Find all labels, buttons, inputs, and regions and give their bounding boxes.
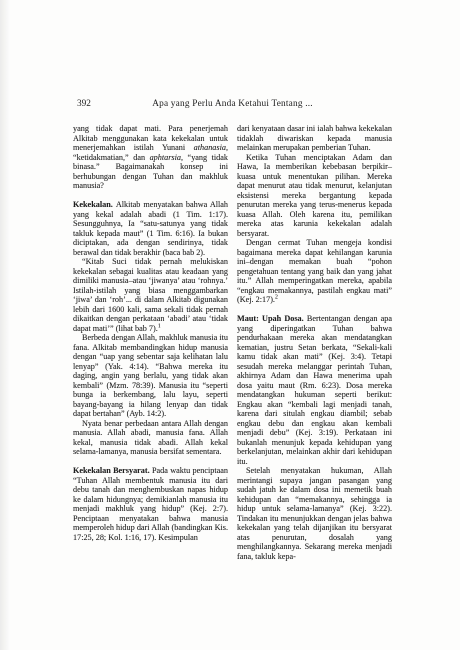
section-heading: Maut: Upah Dosa. (237, 314, 307, 323)
paragraph: Berbeda dengan Allah, makhluk manusia it… (73, 333, 228, 419)
paragraph: “Kitab Suci tidak pernah melukiskan keke… (73, 257, 228, 333)
text-segment: Bertentangan dengan apa yang diperingatk… (237, 314, 392, 466)
italic-term: aphtarsia (150, 153, 181, 162)
paragraph: Nyata benar perbedaan antara Allah denga… (73, 419, 228, 457)
text-segment: Berbeda dengan Allah, makhluk manusia it… (73, 333, 228, 418)
footnote-marker: 1 (158, 323, 161, 329)
paragraph: Maut: Upah Dosa. Bertentangan dengan apa… (237, 314, 392, 466)
text-segment: Pada waktu penciptaan “Tuhan Allah membe… (73, 466, 228, 542)
paragraph: Kekekalan. Alkitab menyatakan bahwa Alla… (73, 200, 228, 257)
paragraph: Dengan cermat Tuhan mengeja kondisi baga… (237, 238, 392, 305)
paragraph: Ketika Tuhan menciptakan Adam dan Hawa, … (237, 153, 392, 239)
paragraph: Kekekalan Bersyarat. Pada waktu pencipta… (73, 466, 228, 542)
paragraph: dari kenyataan dasar ini ialah bahwa kek… (237, 124, 392, 153)
section-heading: Kekekalan Bersyarat. (73, 466, 152, 475)
page-header: 392 Apa yang Perlu Anda Ketahui Tentang … (73, 98, 392, 111)
page-number: 392 (77, 98, 91, 111)
paragraph: yang tidak dapat mati. Para penerjemah A… (73, 124, 228, 191)
text-segment: Dengan cermat Tuhan mengeja kondisi baga… (237, 238, 392, 304)
section-heading: Kekekalan. (73, 200, 116, 209)
text-segment: Nyata benar perbedaan antara Allah denga… (73, 419, 228, 457)
running-head: Apa yang Perlu Anda Ketahui Tentang ... (73, 98, 392, 111)
paragraph: Setelah menyatakan hukuman, Allah merint… (237, 466, 392, 561)
column-left: yang tidak dapat mati. Para penerjemah A… (73, 124, 228, 561)
footnote-marker: 2 (275, 294, 278, 300)
text-segment: dari kenyataan dasar ini ialah bahwa kek… (237, 124, 392, 152)
book-page: 392 Apa yang Perlu Anda Ketahui Tentang … (0, 0, 460, 650)
text-segment: Ketika Tuhan menciptakan Adam dan Hawa, … (237, 153, 392, 238)
text-segment: Setelah menyatakan hukuman, Allah merint… (237, 466, 392, 561)
text-segment: “Kitab Suci tidak pernah melukiskan keke… (73, 257, 228, 333)
italic-term: athanasia (194, 143, 226, 152)
text-block: yang tidak dapat mati. Para penerjemah A… (73, 124, 392, 561)
column-right: dari kenyataan dasar ini ialah bahwa kek… (237, 124, 392, 561)
